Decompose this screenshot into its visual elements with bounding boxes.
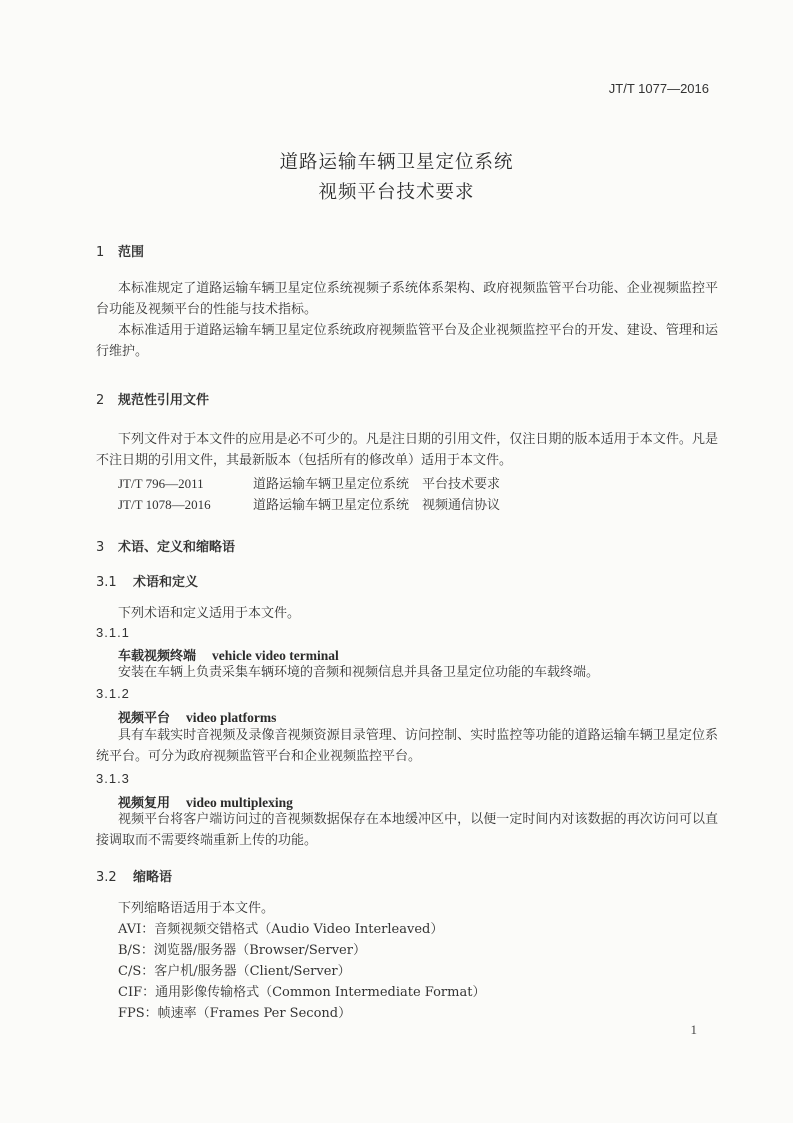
clause-number: 3.1.3 xyxy=(96,771,130,786)
reference-title: 道路运输车辆卫星定位系统 视频通信协议 xyxy=(253,498,500,513)
section-number: 3.2 xyxy=(96,870,133,885)
clause-number: 3.1.2 xyxy=(96,686,130,701)
abbreviation-item: C/S：客户机/服务器（Client/Server） xyxy=(118,960,351,979)
term-en: video platforms xyxy=(186,710,276,725)
reference-item: JT/T 1078—2016道路运输车辆卫星定位系统 视频通信协议 xyxy=(118,494,500,513)
section-title: 范围 xyxy=(118,245,144,260)
reference-code: JT/T 796—2011 xyxy=(118,476,253,492)
section-3-2-heading: 3.2缩略语 xyxy=(96,866,172,885)
standard-code: JT/T 1077—2016 xyxy=(609,81,709,96)
abbreviation-item: CIF：通用影像传输格式（Common Intermediate Format） xyxy=(118,981,485,1000)
term-definition: 具有车载实时音视频及录像音视频资源目录管理、访问控制、实时监控等功能的道路运输车… xyxy=(96,725,718,767)
section-1-heading: 1范围 xyxy=(96,241,144,260)
section-title: 术语和定义 xyxy=(133,575,198,590)
abbreviation-item: FPS：帧速率（Frames Per Second） xyxy=(118,1002,351,1021)
abbreviation-item: B/S：浏览器/服务器（Browser/Server） xyxy=(118,939,366,958)
section-number: 3 xyxy=(96,540,118,555)
reference-title: 道路运输车辆卫星定位系统 平台技术要求 xyxy=(253,477,500,492)
term-definition: 视频平台将客户端访问过的音视频数据保存在本地缓冲区中，以便一定时间内对该数据的再… xyxy=(96,809,718,851)
term-zh: 视频平台 xyxy=(118,711,170,726)
term-en: vehicle video terminal xyxy=(212,648,339,663)
section-number: 2 xyxy=(96,393,118,408)
abbreviation-item: AVI：音频视频交错格式（Audio Video Interleaved） xyxy=(118,918,443,937)
paragraph: 下列缩略语适用于本文件。 xyxy=(118,897,274,916)
document-title-line-2: 视频平台技术要求 xyxy=(0,178,793,204)
section-number: 1 xyxy=(96,245,118,260)
paragraph: 下列术语和定义适用于本文件。 xyxy=(118,602,300,621)
paragraph: 下列文件对于本文件的应用是必不可少的。凡是注日期的引用文件，仅注日期的版本适用于… xyxy=(96,429,718,471)
term-en: video multiplexing xyxy=(186,795,293,810)
section-number: 3.1 xyxy=(96,575,133,590)
section-2-heading: 2规范性引用文件 xyxy=(96,389,209,408)
section-3-1-heading: 3.1术语和定义 xyxy=(96,571,198,590)
term-entry: 视频平台video platforms xyxy=(118,707,276,726)
section-title: 缩略语 xyxy=(133,870,172,885)
reference-item: JT/T 796—2011道路运输车辆卫星定位系统 平台技术要求 xyxy=(118,473,500,492)
document-title-line-1: 道路运输车辆卫星定位系统 xyxy=(0,148,793,174)
section-title: 术语、定义和缩略语 xyxy=(118,540,235,555)
page-number: 1 xyxy=(691,1022,698,1038)
paragraph: 本标准适用于道路运输车辆卫星定位系统政府视频监管平台及企业视频监控平台的开发、建… xyxy=(96,320,718,362)
paragraph: 本标准规定了道路运输车辆卫星定位系统视频子系统体系架构、政府视频监管平台功能、企… xyxy=(96,278,718,320)
section-3-heading: 3术语、定义和缩略语 xyxy=(96,536,235,555)
reference-code: JT/T 1078—2016 xyxy=(118,497,253,513)
section-title: 规范性引用文件 xyxy=(118,393,209,408)
clause-number: 3.1.1 xyxy=(96,625,130,640)
term-definition: 安装在车辆上负责采集车辆环境的音频和视频信息并具备卫星定位功能的车载终端。 xyxy=(96,662,718,683)
